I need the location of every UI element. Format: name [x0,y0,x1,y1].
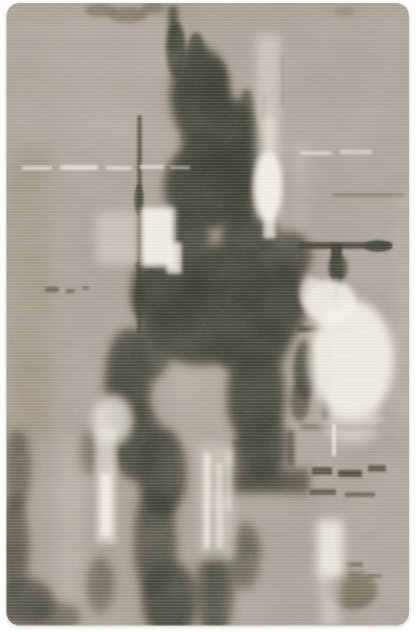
rug-product-photo [0,0,416,632]
rug-canvas [0,2,410,632]
grain-texture-overlay [6,3,409,626]
rug-illustration [0,0,416,632]
